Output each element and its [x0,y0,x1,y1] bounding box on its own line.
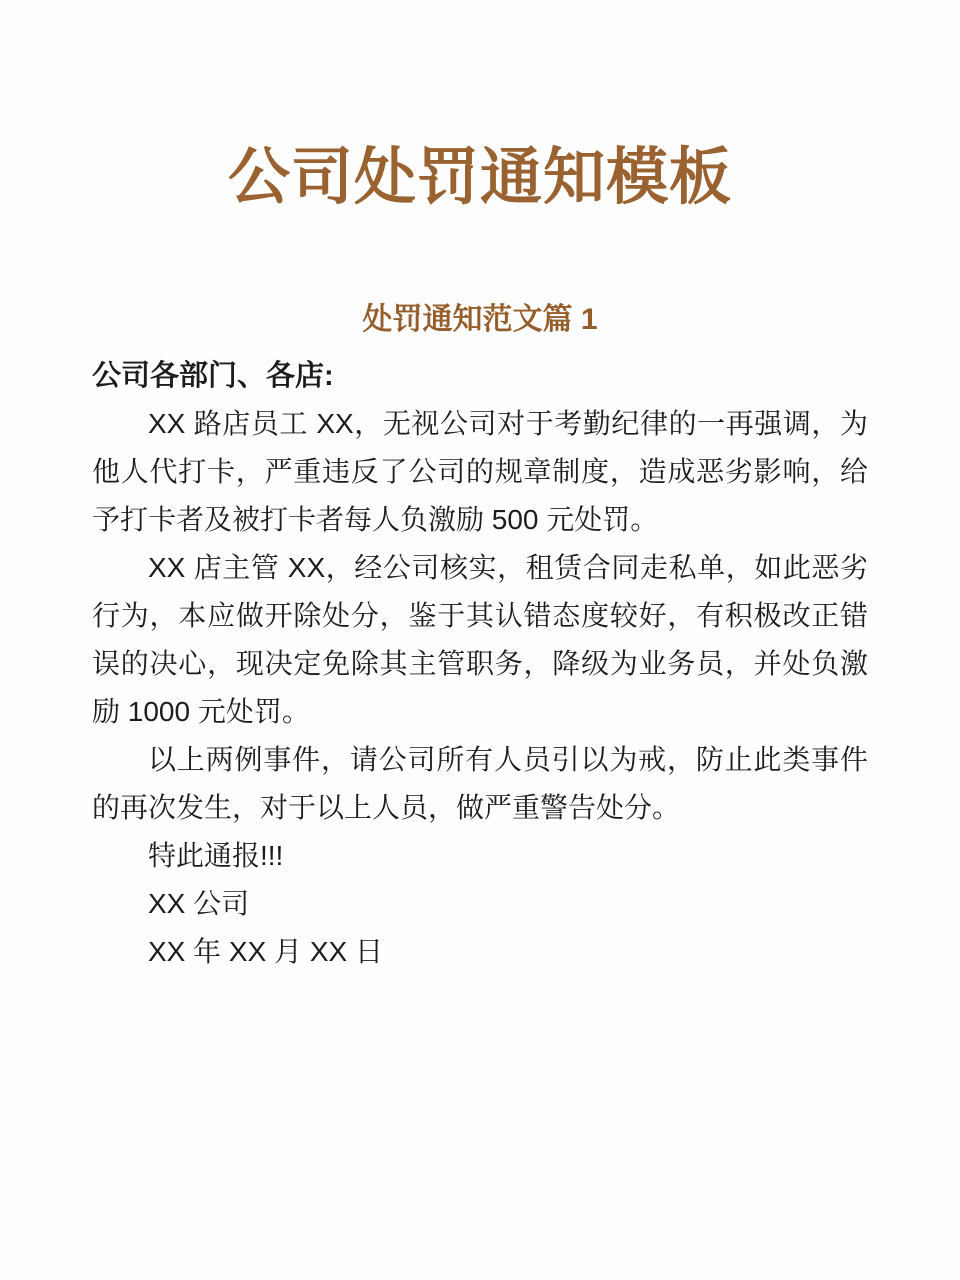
document-title: 公司处罚通知模板 [0,0,960,216]
closing-statement: 特此通报!!! [92,832,868,880]
signature-line: XX 公司 [92,880,868,928]
section-heading: 处罚通知范文篇 1 [0,300,960,340]
body-paragraph-1: XX 路店员工 XX，无视公司对于考勤纪律的一再强调，为他人代打卡，严重违反了公… [92,400,868,544]
body-paragraph-2: XX 店主管 XX，经公司核实，租赁合同走私单，如此恶劣行为，本应做开除处分，鉴… [92,544,868,736]
document-body: 公司各部门、各店: XX 路店员工 XX，无视公司对于考勤纪律的一再强调，为他人… [92,352,868,976]
salutation-line: 公司各部门、各店: [92,352,868,400]
date-line: XX 年 XX 月 XX 日 [92,928,868,976]
body-paragraph-3: 以上两例事件，请公司所有人员引以为戒，防止此类事件的再次发生，对于以上人员，做严… [92,736,868,832]
document-page: 公司处罚通知模板 处罚通知范文篇 1 公司各部门、各店: XX 路店员工 XX，… [0,0,960,1280]
